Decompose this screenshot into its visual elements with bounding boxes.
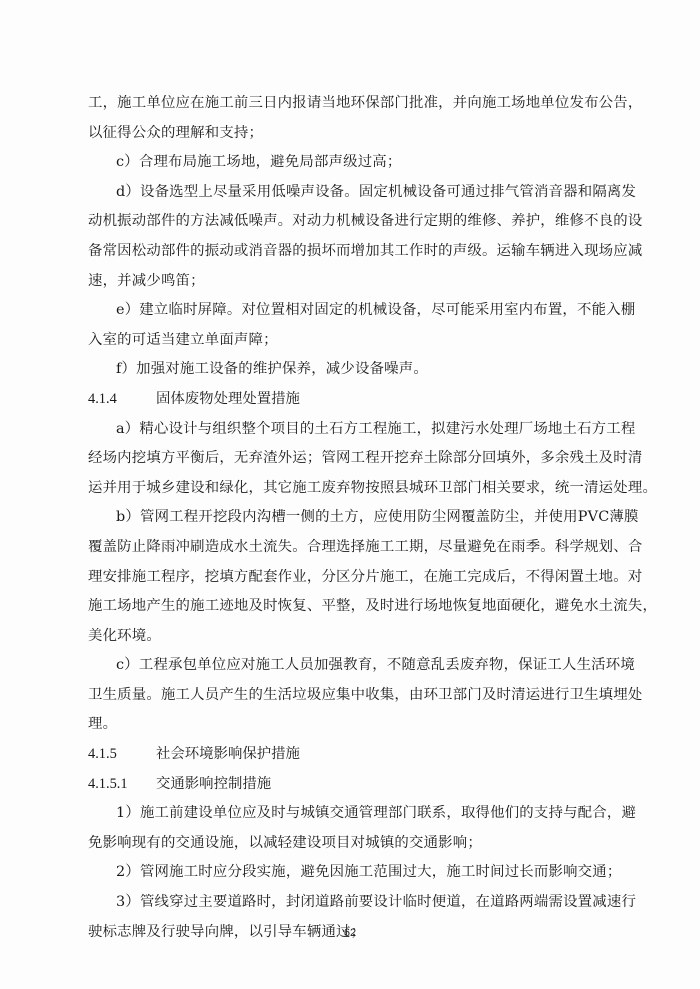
paragraph-line: 入室的可适当建立单面声障； xyxy=(88,326,616,356)
paragraph-line: 美化环境。 xyxy=(88,622,616,652)
paragraph-line: 免影响现有的交通设施，以减轻建设项目对城镇的交通影响； xyxy=(88,829,616,859)
paragraph-line: 以征得公众的理解和支持； xyxy=(88,119,616,149)
paragraph-line: 工，施工单位应在施工前三日内报请当地环保部门批准，并向施工场地单位发布公告， xyxy=(88,89,616,119)
paragraph-line: 施工场地产生的施工迹地及时恢复、平整，及时进行场地恢复地面硬化，避免水土流失， xyxy=(88,592,616,622)
list-item-2: 2）管网施工时应分段实施，避免因施工范围过大，施工时间过长而影响交通； xyxy=(88,858,616,888)
paragraph-line: 理。 xyxy=(88,710,616,740)
paragraph-line: 覆盖防止降雨冲刷造成水土流失。合理选择施工工期，尽量避免在雨季。科学规划、合 xyxy=(88,533,616,563)
list-item-e: e）建立临时屏障。对位置相对固定的机械设备，尽可能采用室内布置，不能入棚 xyxy=(88,296,616,326)
section-heading-4-1-4: 4.1.4固体废物处理处置措施 xyxy=(88,385,616,415)
paragraph-line: 经场内挖填方平衡后，无弃渣外运；管网工程开挖弃土除部分回填外，多余残土及时清 xyxy=(88,444,616,474)
section-title: 固体废物处理处置措施 xyxy=(156,385,300,415)
section-number: 4.1.5 xyxy=(88,740,156,770)
section-number: 4.1.5.1 xyxy=(88,770,156,800)
section-title: 社会环境影响保护措施 xyxy=(156,740,300,770)
list-item-f: f）加强对施工设备的维护保养，减少设备噪声。 xyxy=(88,355,616,385)
section-title: 交通影响控制措施 xyxy=(156,770,271,800)
paragraph-line: 速，并减少鸣笛； xyxy=(88,267,616,297)
section-number: 4.1.4 xyxy=(88,385,156,415)
list-item-a: a）精心设计与组织整个项目的土石方工程施工，拟建污水处理厂场地土石方工程 xyxy=(88,415,616,445)
paragraph-line: 运并用于城乡建设和绿化，其它施工废弃物按照县城环卫部门相关要求，统一清运处理。 xyxy=(88,474,616,504)
page-number: 62 xyxy=(0,927,700,939)
list-item-c: c）合理布局施工场地，避免局部声级过高； xyxy=(88,148,616,178)
section-heading-4-1-5-1: 4.1.5.1交通影响控制措施 xyxy=(88,770,616,800)
list-item-3: 3）管线穿过主要道路时，封闭道路前要设计临时便道，在道路两端需设置减速行 xyxy=(88,888,616,918)
paragraph-line: 备常因松动部件的振动或消音器的损坏而增加其工作时的声级。运输车辆进入现场应减 xyxy=(88,237,616,267)
list-item-c-waste: c）工程承包单位应对施工人员加强教育，不随意乱丢废弃物，保证工人生活环境 xyxy=(88,651,616,681)
paragraph-line: 动机振动部件的方法减低噪声。对动力机械设备进行定期的维修、养护，维修不良的设 xyxy=(88,207,616,237)
paragraph-line: 卫生质量。施工人员产生的生活垃圾应集中收集，由环卫部门及时清运进行卫生填埋处 xyxy=(88,681,616,711)
document-page: 工，施工单位应在施工前三日内报请当地环保部门批准，并向施工场地单位发布公告， 以… xyxy=(0,0,700,989)
page-body: 工，施工单位应在施工前三日内报请当地环保部门批准，并向施工场地单位发布公告， 以… xyxy=(88,89,616,947)
section-heading-4-1-5: 4.1.5社会环境影响保护措施 xyxy=(88,740,616,770)
paragraph-line: 理安排施工程序，挖填方配套作业，分区分片施工，在施工完成后，不得闲置土地。对 xyxy=(88,563,616,593)
list-item-1: 1）施工前建设单位应及时与城镇交通管理部门联系，取得他们的支持与配合，避 xyxy=(88,799,616,829)
list-item-d: d）设备选型上尽量采用低噪声设备。固定机械设备可通过排气管消音器和隔离发 xyxy=(88,178,616,208)
list-item-b: b）管网工程开挖段内沟槽一侧的土方，应使用防尘网覆盖防尘，并使用PVC薄膜 xyxy=(88,503,616,533)
